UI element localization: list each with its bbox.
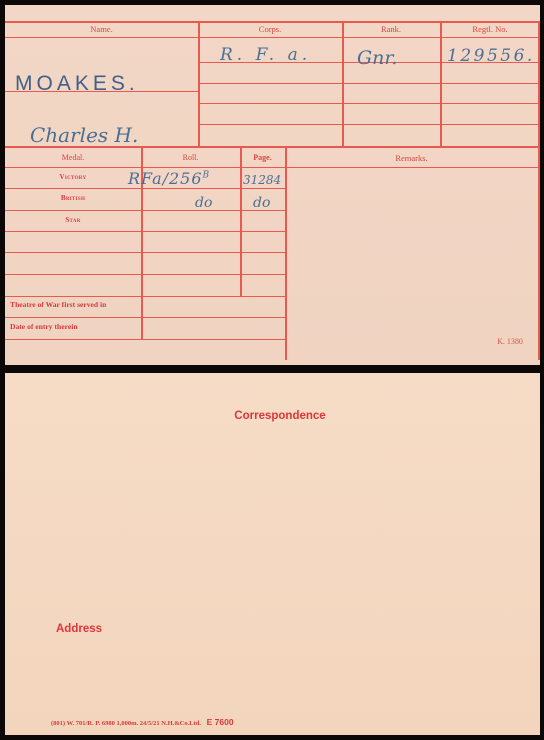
rule-medal-5	[5, 252, 285, 253]
right-border	[538, 21, 540, 360]
date-of-entry-label: Date of entry therein	[10, 322, 78, 331]
form-number: K. 1380	[485, 337, 535, 346]
header-roll: Roll.	[141, 153, 240, 162]
rule-medal-4	[5, 231, 285, 232]
medal-index-card-back: Correspondence Address (801) W. 701/R. P…	[5, 373, 540, 735]
rule-medal-2	[5, 188, 285, 189]
correspondence-label: Correspondence	[5, 410, 544, 422]
rule-medal-1	[5, 167, 285, 168]
header-regtl-no: Regtl. No.	[440, 24, 540, 34]
forenames-entry: Charles H.	[30, 123, 138, 147]
rank-entry: Gnr.	[357, 47, 397, 69]
page-entry-british: do	[253, 195, 270, 211]
rule-medal-6	[5, 274, 285, 275]
regtl-no-entry: 129556.	[447, 46, 535, 66]
medal-label-british: British	[5, 194, 141, 202]
medal-index-card-front: Name. Corps. Rank. Regtl. No. MOAKES. Ch…	[5, 5, 540, 365]
rule-medal-8	[5, 317, 285, 318]
rule-medal-3	[5, 210, 285, 211]
rule-row-3	[198, 103, 540, 104]
roll-entry-victory: RFa/256B	[128, 169, 210, 188]
rule-row-2	[198, 83, 540, 84]
rule-row-4	[198, 124, 540, 125]
corps-entry: R. F. a.	[220, 45, 311, 65]
imprint-code: E 7600	[207, 717, 234, 727]
header-name: Name.	[5, 24, 198, 34]
header-medal: Medal.	[5, 153, 141, 162]
imprint-text: (801) W. 701/R. P. 6980 1,000m. 24/5/21 …	[51, 720, 201, 727]
theatre-of-war-label: Theatre of War first served in	[10, 300, 106, 309]
address-label: Address	[56, 623, 102, 635]
rule-remarks-header	[285, 167, 538, 168]
header-rank: Rank.	[342, 24, 440, 34]
page-entry-victory: 31284	[243, 173, 281, 187]
medal-label-victory: Victory	[5, 173, 141, 181]
roll-value-victory: RFa/256	[128, 169, 203, 188]
medal-label-star: Star	[5, 216, 141, 224]
header-page: Page.	[240, 153, 285, 162]
divider-page-remarks	[285, 146, 287, 360]
rule-medal-9	[5, 339, 285, 340]
roll-sup-victory: B	[203, 171, 211, 181]
printer-imprint: (801) W. 701/R. P. 6980 1,000m. 24/5/21 …	[51, 717, 234, 727]
roll-entry-british: do	[195, 195, 212, 211]
rule-medal-7	[5, 296, 285, 297]
rule-header	[5, 37, 540, 38]
header-corps: Corps.	[198, 24, 342, 34]
header-remarks: Remarks.	[285, 153, 538, 163]
rule-top	[5, 21, 540, 23]
surname-entry: MOAKES.	[15, 72, 139, 96]
